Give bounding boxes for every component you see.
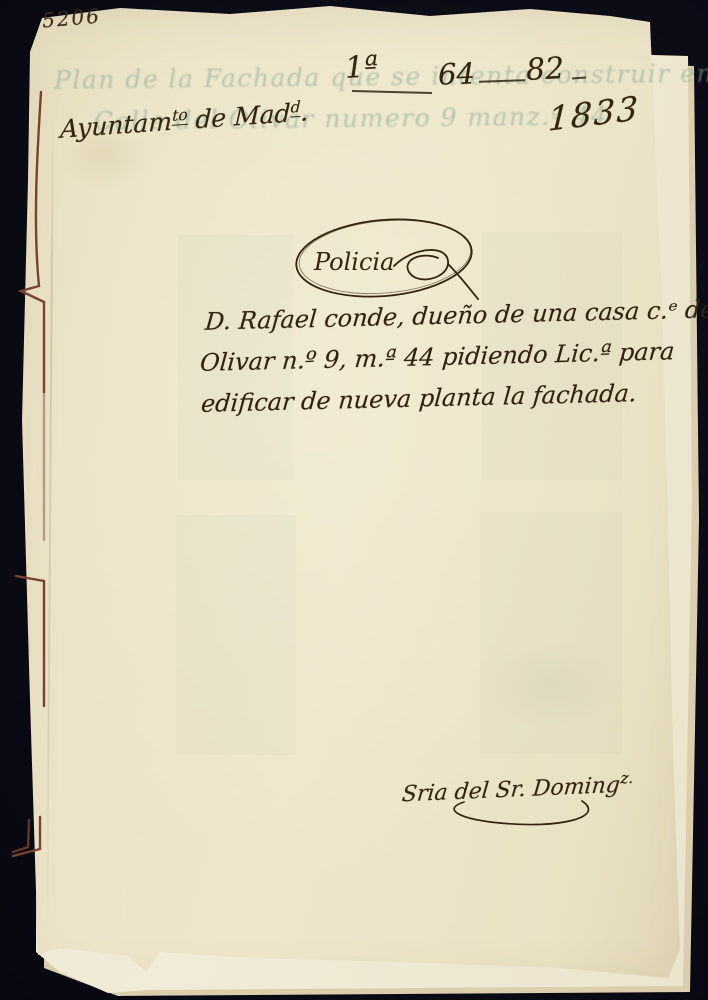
- policia-oval-stamp: Policia: [288, 212, 488, 307]
- secretary-note-superscript: z.: [620, 769, 635, 788]
- petition-summary: D. Rafael conde, dueño de una casa c.ᵉ d…: [199, 290, 682, 425]
- docket-number-third: 82: [525, 51, 565, 88]
- archive-number: 5206: [41, 3, 102, 32]
- paper-sheet-cover: [0, 0, 708, 1000]
- stamp-label: Policia: [313, 248, 394, 276]
- docket-number-second: 64: [437, 56, 475, 91]
- showthrough-block: [176, 515, 296, 755]
- ink-flourish: [394, 250, 478, 299]
- office-end: .: [300, 97, 309, 127]
- docket-number-first: 1ª: [344, 49, 379, 86]
- showthrough-block: [480, 512, 622, 754]
- office-superscript-to: to: [172, 105, 188, 125]
- scanned-document-page: Plan de la Fachada que se intenta constr…: [0, 0, 708, 1000]
- signature-flourish: [430, 797, 620, 835]
